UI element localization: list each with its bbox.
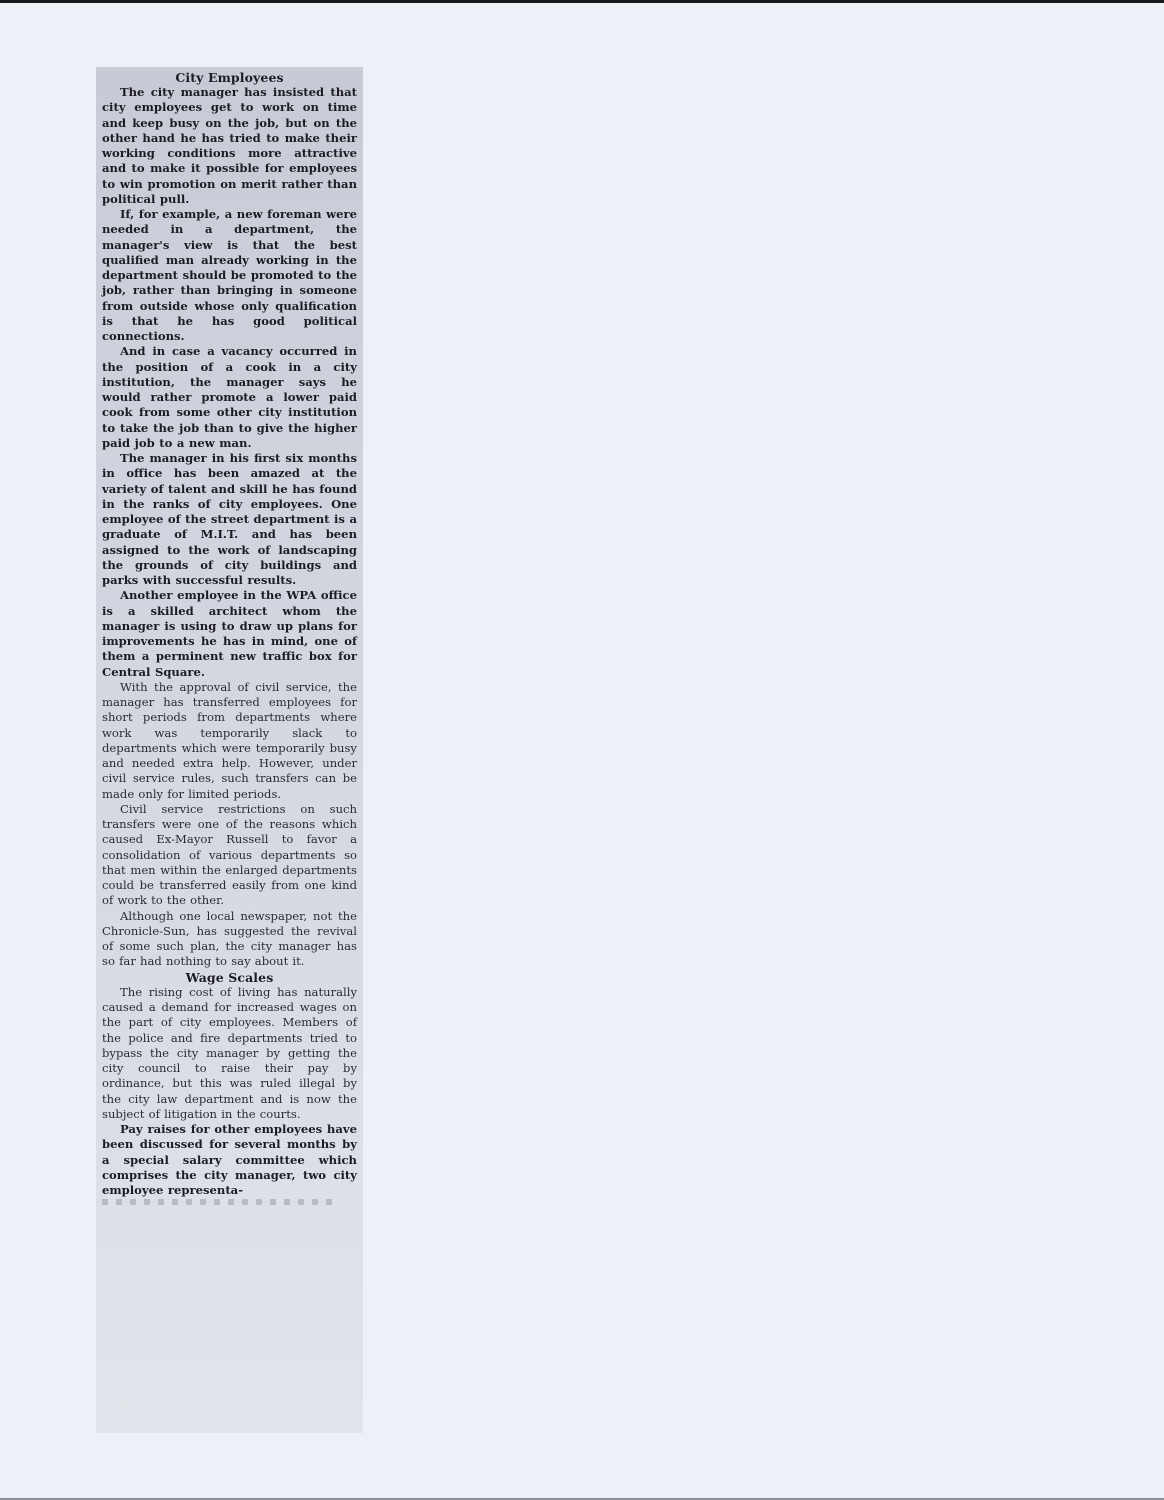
article-paragraph: And in case a vacancy occurred in the po…	[102, 344, 357, 451]
article-paragraph: If, for example, a new foreman were need…	[102, 207, 357, 344]
article-paragraph: Civil service restrictions on such trans…	[102, 802, 357, 909]
section-heading-wage-scales: Wage Scales	[102, 970, 357, 985]
section-heading-city-employees: City Employees	[102, 70, 357, 85]
article-paragraph: The manager in his first six months in o…	[102, 451, 357, 588]
newspaper-clipping: City Employees The city manager has insi…	[96, 67, 363, 1433]
page-top-border	[0, 0, 1164, 3]
article-paragraph: Another employee in the WPA office is a …	[102, 588, 357, 680]
article-paragraph: With the approval of civil service, the …	[102, 680, 357, 802]
article-paragraph: The rising cost of living has naturally …	[102, 985, 357, 1122]
cut-off-text-line	[102, 1199, 332, 1205]
article-paragraph: The city manager has insisted that city …	[102, 85, 357, 207]
article-paragraph: Although one local newspaper, not the Ch…	[102, 909, 357, 970]
article-paragraph: Pay raises for other employees have been…	[102, 1122, 357, 1198]
